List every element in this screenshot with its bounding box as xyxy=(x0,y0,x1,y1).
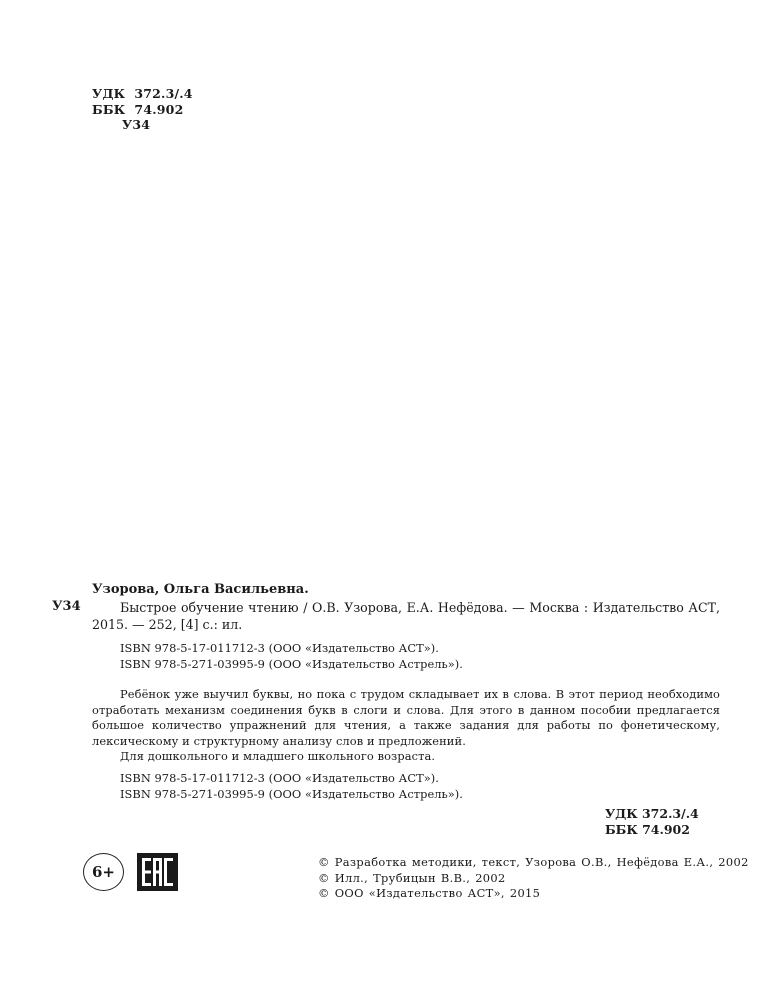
copyright-block: © Разработка методики, текст, Узорова О.… xyxy=(318,855,749,902)
annotation-paragraph: Ребёнок уже выучил буквы, но пока с труд… xyxy=(92,687,720,749)
bbk-code: ББК 74.902 xyxy=(605,822,699,838)
udk-code: УДК 372.3/.4 xyxy=(92,86,193,102)
annotation-audience: Для дошкольного и младшего школьного воз… xyxy=(92,749,720,765)
call-number: У34 xyxy=(52,599,81,615)
isbn-line: ISBN 978-5-271-03995-9 (ООО «Издательств… xyxy=(120,656,463,672)
isbn-line: ISBN 978-5-271-03995-9 (ООО «Издательств… xyxy=(120,786,463,802)
bbk-code: ББК 74.902 xyxy=(92,102,193,118)
copyright-line: © ООО «Издательство АСТ», 2015 xyxy=(318,886,749,902)
isbn-line: ISBN 978-5-17-011712-3 (ООО «Издательств… xyxy=(120,640,463,656)
bottom-classification-block: УДК 372.3/.4 ББК 74.902 xyxy=(605,806,699,837)
author-mark: У34 xyxy=(92,117,193,133)
author-heading: Узорова, Ольга Васильевна. xyxy=(92,582,309,598)
isbn-list-repeat: ISBN 978-5-17-011712-3 (ООО «Издательств… xyxy=(120,770,463,802)
age-rating-badge: 6+ xyxy=(83,853,124,891)
copyright-line: © Илл., Трубицын В.В., 2002 xyxy=(318,871,749,887)
bibliographic-description: Быстрое обучение чтению / О.В. Узорова, … xyxy=(92,599,720,633)
age-rating-label: 6+ xyxy=(92,863,115,881)
udk-code: УДК 372.3/.4 xyxy=(605,806,699,822)
top-classification-block: УДК 372.3/.4 ББК 74.902 У34 xyxy=(92,86,193,133)
eac-icon xyxy=(137,853,178,891)
copyright-line: © Разработка методики, текст, Узорова О.… xyxy=(318,855,749,871)
isbn-list: ISBN 978-5-17-011712-3 (ООО «Издательств… xyxy=(120,640,463,672)
isbn-line: ISBN 978-5-17-011712-3 (ООО «Издательств… xyxy=(120,770,463,786)
annotation: Ребёнок уже выучил буквы, но пока с труд… xyxy=(92,687,720,765)
